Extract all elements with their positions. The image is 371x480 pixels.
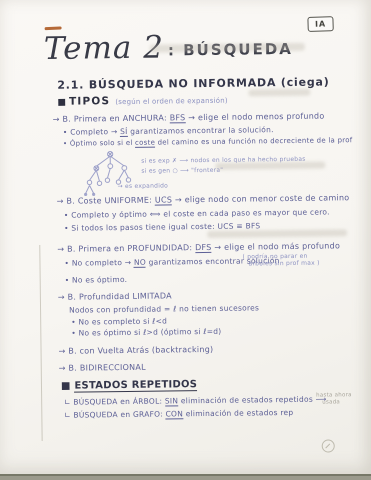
course-tag-label: IA <box>315 19 326 28</box>
note-text: → B. Coste UNIFORME: <box>57 196 155 206</box>
note-text: eliminación de estados rep <box>183 408 293 418</box>
notebook-page: IA Tema 2 : BÚSQUEDA 2.1. BÚSQUEDA NO IN… <box>0 0 371 474</box>
note-line: • Óptimo solo si el coste del camino es … <box>63 136 353 148</box>
note-text: • Completo y óptimo ⟺ el coste en cada p… <box>64 207 330 219</box>
note-text: hasta ahora <box>316 392 352 398</box>
note-text: BFS <box>170 113 186 123</box>
note-text: Nodos con profundidad = ℓ no tienen suce… <box>69 303 259 314</box>
note-text: → B. BIDIRECCIONAL <box>59 363 146 373</box>
note-text: DFS <box>195 243 212 253</box>
course-tag: IA <box>307 16 333 32</box>
note-text: ■ <box>61 381 75 392</box>
note-line: árboles sin prof max ) <box>248 260 319 268</box>
title-script: Tema 2 <box>44 32 164 64</box>
note-line: usada <box>322 399 340 405</box>
note-text: ∟ BÚSQUEDA en ÁRBOL: <box>64 397 165 407</box>
page-number-circle <box>322 439 335 452</box>
note-text: usada <box>322 399 340 405</box>
bleed-through-smudge <box>215 162 325 170</box>
tipos-note: (según el orden de expansión) <box>115 97 228 106</box>
note-line: • Completo → SÍ garantizamos encontrar l… <box>63 125 274 137</box>
tipos-label: TIPOS <box>69 95 110 108</box>
note-text: • Completo → <box>63 127 120 137</box>
note-line: → es expandido <box>118 182 169 190</box>
note-text: SÍ <box>120 127 128 137</box>
note-text: garantizamos encontrar la solución. <box>128 125 274 136</box>
note-line: → B. BIDIRECCIONAL <box>59 363 146 373</box>
note-text: SIN <box>165 396 178 406</box>
note-line: → B. con Vuelta Atrás (backtracking) <box>59 345 214 356</box>
note-text: ∟ BÚSQUEDA en GRAFO: <box>64 409 165 419</box>
tree-sketch <box>81 149 140 198</box>
note-line: → B. Primera en ANCHURA: BFS → elige el … <box>53 112 325 124</box>
note-text: CON <box>165 409 183 419</box>
note-text: → elige el nodo menos profundo <box>185 112 324 123</box>
note-line: hasta ahora <box>316 392 352 398</box>
note-text: → B. Primera en ANCHURA: <box>53 113 170 123</box>
orange-dash-mark <box>45 26 62 30</box>
note-line: → B. Profundidad LIMITADA <box>58 291 172 301</box>
note-text: → es expandido <box>118 182 169 190</box>
note-line: • No es óptimo. <box>65 275 128 285</box>
note-text: eliminación de estados repetidos ⟶ <box>178 395 326 406</box>
note-text: • No completo → <box>64 258 134 268</box>
note-line: ■ ESTADOS REPETIDOS <box>61 379 197 392</box>
note-text: si es gen ○ ⟶ "frontera" <box>141 167 223 175</box>
square-bullet-icon: ■ <box>57 98 66 108</box>
note-text: → B. con Vuelta Atrás (backtracking) <box>59 345 214 356</box>
note-line: • Completo y óptimo ⟺ el coste en cada p… <box>64 207 330 219</box>
note-line: ∟ BÚSQUEDA en GRAFO: CON eliminación de … <box>64 408 293 420</box>
note-text: → B. Profundidad LIMITADA <box>58 291 172 301</box>
bleed-through-smudge <box>207 229 347 238</box>
tipos-row: ■ TIPOS (según el orden de expansión) <box>57 94 227 108</box>
note-text: → elige el nodo más profundo <box>211 241 340 252</box>
note-text: • Óptimo solo si el <box>63 139 135 148</box>
note-text: coste <box>135 139 155 148</box>
bleed-through-smudge <box>248 89 310 97</box>
note-text: del camino es una función no decreciente… <box>155 136 352 146</box>
note-line: Nodos con profundidad = ℓ no tienen suce… <box>69 303 259 314</box>
note-text: NO <box>134 258 146 268</box>
note-text: • No es completo si ℓ<d <box>71 316 167 326</box>
left-crease-line <box>39 245 42 441</box>
note-line: ∟ BÚSQUEDA en ÁRBOL: SIN eliminación de … <box>64 395 327 407</box>
note-line: • No es completo si ℓ<d <box>71 316 167 326</box>
note-line: • No es óptimo si ℓ>d (óptimo si ℓ=d) <box>71 327 221 338</box>
page-content: IA Tema 2 : BÚSQUEDA 2.1. BÚSQUEDA NO IN… <box>0 0 371 474</box>
note-text: • No es óptimo si ℓ>d (óptimo si ℓ=d) <box>71 327 221 338</box>
note-text: UCS <box>155 195 172 205</box>
note-text: → B. Primera en PROFUNDIDAD: <box>57 243 195 254</box>
note-line: si es gen ○ ⟶ "frontera" <box>141 167 223 175</box>
note-text: → elige nodo con menor coste de camino <box>172 193 349 204</box>
note-text: árboles sin prof max ) <box>248 260 319 268</box>
note-text: ESTADOS REPETIDOS <box>74 379 197 392</box>
note-text: • No es óptimo. <box>65 275 128 285</box>
